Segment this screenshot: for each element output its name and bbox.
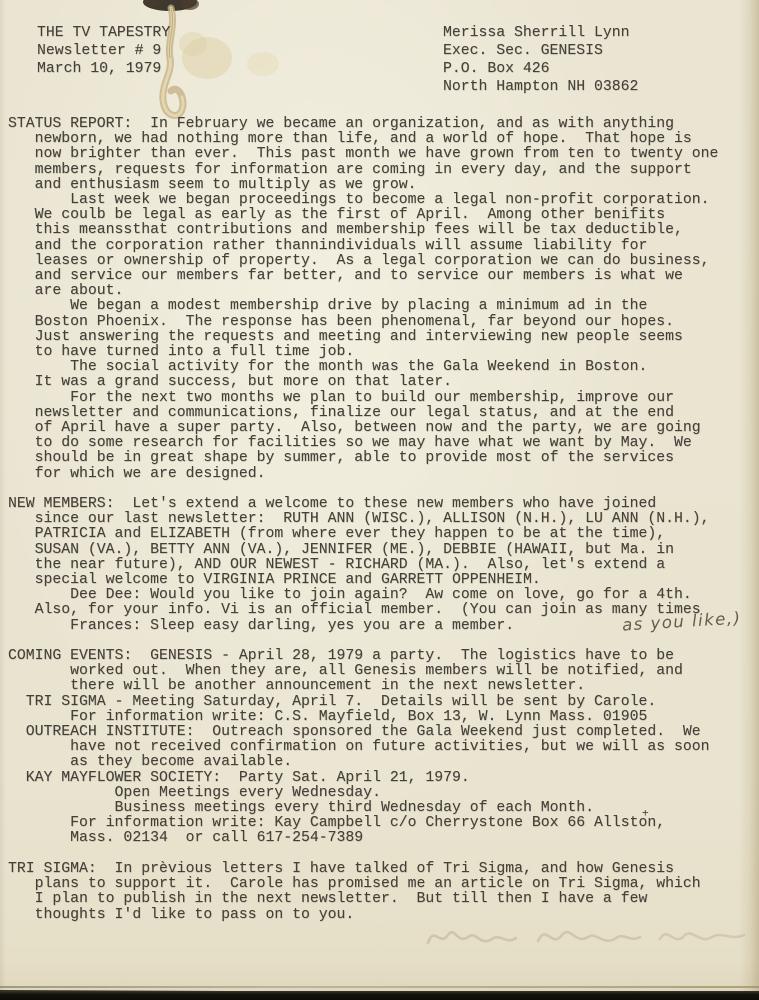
section-status-report: STATUS REPORT: In February we became an …	[8, 117, 718, 482]
section-new-members: NEW MEMBERS: Let's extend a welcome to t…	[8, 497, 710, 634]
page-right-edge-shading	[739, 0, 759, 1000]
newsletter-page: THE TV TAPESTRY Newsletter # 9 March 10,…	[0, 0, 759, 1000]
newsletter-title-block: THE TV TAPESTRY Newsletter # 9 March 10,…	[37, 24, 170, 78]
page-bottom-edge-line	[0, 986, 759, 988]
section-coming-events: COMING EVENTS: GENESIS - April 28, 1979 …	[8, 649, 710, 847]
scanner-background-bar	[0, 991, 759, 1000]
page-left-edge-shading	[0, 0, 6, 1000]
insertion-caret-mark: +	[642, 806, 649, 819]
section-tri-sigma: TRI SIGMA: In prèvious letters I have ta…	[8, 862, 701, 923]
sender-address-block: Merissa Sherrill Lynn Exec. Sec. GENESIS…	[443, 24, 638, 96]
